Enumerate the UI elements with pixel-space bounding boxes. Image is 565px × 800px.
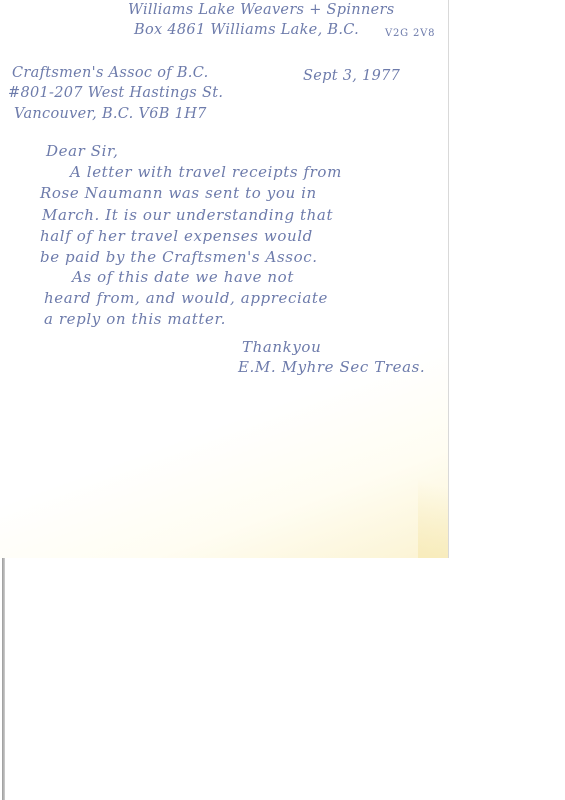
- letter-date: Sept 3, 1977: [303, 68, 400, 84]
- recipient-street: #801-207 West Hastings St.: [8, 85, 223, 101]
- signature: E.M. Myhre Sec Treas.: [238, 358, 425, 376]
- recipient-city: Vancouver, B.C. V6B 1H7: [14, 106, 207, 122]
- salutation: Dear Sir,: [46, 142, 119, 160]
- letter-page: Williams Lake Weavers + Spinners Box 486…: [0, 0, 449, 558]
- letterhead-organization: Williams Lake Weavers + Spinners: [128, 2, 394, 18]
- scan-edge-line: [2, 555, 5, 800]
- body-line-4: half of her travel expenses would: [40, 227, 313, 245]
- body-line-5: be paid by the Craftsmen's Assoc.: [40, 248, 318, 266]
- body-line-3: March. It is our understanding that: [42, 206, 333, 224]
- paper-discoloration: [418, 468, 448, 558]
- body-line-7: heard from, and would, appreciate: [44, 289, 328, 307]
- closing: Thankyou: [242, 338, 321, 356]
- body-line-8: a reply on this matter.: [44, 310, 226, 328]
- recipient-name: Craftsmen's Assoc of B.C.: [12, 65, 208, 81]
- body-line-1: A letter with travel receipts from: [70, 163, 342, 181]
- letterhead-postal-code: V2G 2V8: [385, 28, 435, 39]
- letterhead-address: Box 4861 Williams Lake, B.C.: [134, 22, 359, 38]
- body-line-6: As of this date we have not: [72, 268, 294, 286]
- body-line-2: Rose Naumann was sent to you in: [40, 184, 317, 202]
